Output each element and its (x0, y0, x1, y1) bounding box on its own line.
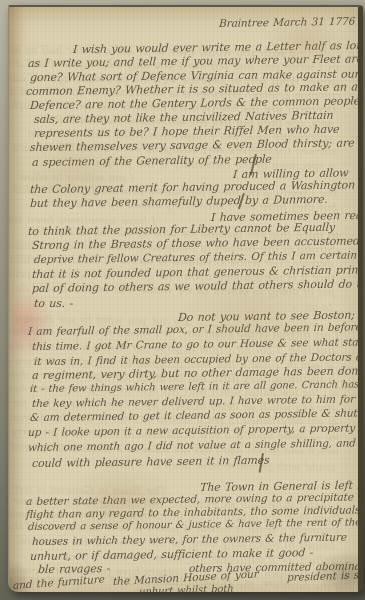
handwritten-line: which one month ago I did not value at a… (28, 437, 356, 454)
handwritten-line: and the furniture (13, 574, 105, 592)
handwritten-line: this time. I got Mr Crane to go to our H… (32, 336, 363, 353)
letter-page: I wish you would ever write me a Letter … (8, 5, 363, 592)
handwritten-line: a specimen of the Generality of the peop… (32, 154, 272, 169)
handwritten-line: but they have been shamefully duped by a… (30, 194, 328, 210)
photo-background: I wish you would ever write me a Letter … (0, 0, 365, 600)
dateline: Braintree March 31 1776 (219, 16, 356, 30)
handwritten-line: president is safe (287, 569, 363, 584)
handwritten-line: shewen themselves very savage & even Blo… (30, 137, 363, 154)
handwritten-line: I am fearfull of the small pox, or I sho… (28, 321, 362, 338)
handwritten-line: to us. - (34, 298, 74, 310)
handwritten-line: up - I looke upon it a new acquisition o… (28, 422, 356, 439)
handwriting-layer: Braintree March 31 1776 I wish you would… (9, 7, 358, 592)
handwritten-line: could with pleasure have seen it in flam… (32, 455, 270, 470)
handwritten-line: unhurt, or if damaged, sufficient to mak… (30, 547, 314, 563)
handwritten-line: & am determined to get it cleand as soon… (30, 407, 363, 424)
handwritten-line: pal of doing to others as we would that … (32, 278, 363, 295)
